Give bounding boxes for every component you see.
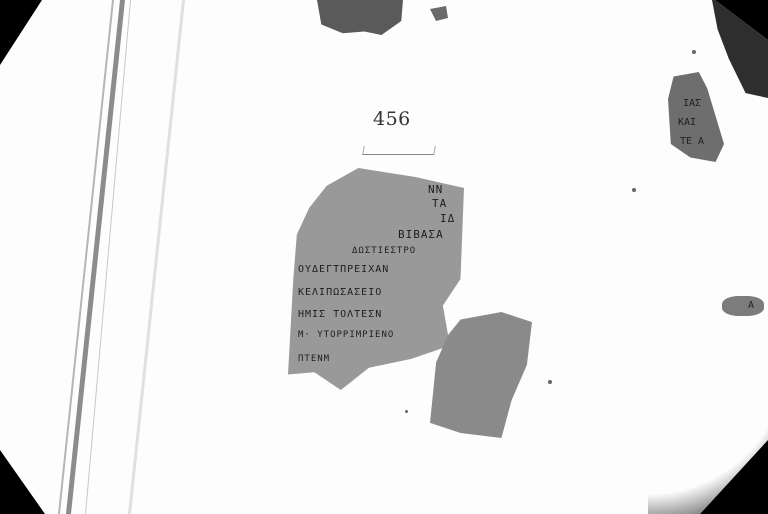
edge-papyrus-fragment — [722, 296, 764, 316]
papyrus-speck — [405, 410, 408, 413]
plate-bracket-mark — [362, 146, 436, 155]
fragment-text-line: ΟΥΔΕΓΤΠΡΕΙΧΑΝ — [298, 264, 389, 275]
binding-edge-line — [66, 0, 125, 514]
fragment-text-line: ΚΕΛΙΠΩΣΑΣΕΙΟ — [298, 287, 382, 298]
scanned-page: ΙΑΣ ΚΑΙ ΤΕ Α 456 ΝΝ ΤΑ ΙΔ ΒΙΒΑΣΑ ΔΩΣΤΙΕΣ… — [0, 0, 768, 514]
fragment-text-line: Μ· ΥΤΟΡΡΙΜΡΙΕΝΟ — [298, 330, 394, 340]
small-top-papyrus-fragment — [428, 6, 448, 21]
fragment-text-line: ΝΝ — [428, 183, 443, 196]
corner-papyrus-fragment — [712, 0, 768, 98]
lens-vignette — [648, 354, 768, 514]
right-fragment-line: ΙΑΣ — [683, 98, 701, 109]
fragment-text-line: ΒΙΒΑΣΑ — [398, 228, 444, 241]
right-fragment-line: ΚΑΙ — [678, 117, 696, 128]
papyrus-speck — [692, 50, 696, 54]
fragment-text-line: ΔΩΣΤΙΕΣΤΡΟ — [352, 246, 416, 256]
plate-number: 456 — [373, 108, 411, 130]
fragment-text-line: ΗΜΙΣ ΤΟΛΤΕΣΝ — [298, 309, 382, 320]
fragment-text-line: ΤΑ — [432, 197, 447, 210]
fragment-text-line: ΙΔ — [440, 212, 455, 225]
top-papyrus-fragment — [317, 0, 403, 35]
papyrus-speck — [632, 188, 636, 192]
fragment-text-line: ΠΤΕΝΜ — [298, 354, 330, 364]
edge-fragment-letter: Α — [748, 300, 754, 311]
binding-shadow-line — [58, 0, 114, 514]
papyrus-speck — [548, 380, 552, 384]
right-fragment-line: ΤΕ Α — [680, 136, 704, 147]
page-fold-line — [128, 0, 185, 514]
